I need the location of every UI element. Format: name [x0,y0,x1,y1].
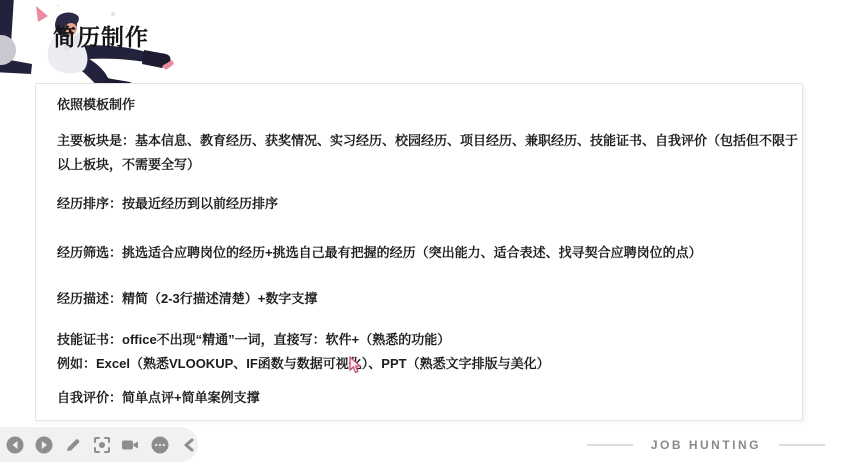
slide-paragraph-skills: 技能证书：office不出现“精通”一词，直接写：软件+（熟悉的功能） 例如：E… [57,328,799,376]
slide-paragraph-description: 经历描述：精简（2-3行描述清楚）+数字支撑 [57,287,799,311]
presentation-stage: 简历制作 依照模板制作 主要板块是：基本信息、教育经历、获奖情况、实习经历、校园… [0,0,855,462]
brand-rule-left [587,444,633,446]
slide-paragraph-template: 依照模板制作 [57,93,799,117]
camera-button[interactable] [121,434,140,456]
media-toolbar [0,427,198,462]
slide-paragraph-sections: 主要板块是：基本信息、教育经历、获奖情况、实习经历、校园经历、项目经历、兼职经历… [57,129,799,177]
play-icon [35,436,53,454]
page-title: 简历制作 [53,19,149,52]
mouse-cursor [349,356,362,374]
collapse-toolbar-button[interactable] [179,434,198,456]
pencil-icon [64,436,82,454]
collapse-icon [183,438,195,452]
camera-icon [121,436,140,454]
brand-text: JOB HUNTING [651,438,761,452]
previous-button[interactable] [6,434,25,456]
play-button[interactable] [35,434,54,456]
laser-focus-icon [93,436,111,454]
slide-paragraph-filtering: 经历筛选：挑选适合应聘岗位的经历+挑选自己最有把握的经历（突出能力、适合表述、找… [57,241,799,265]
previous-icon [6,436,24,454]
slide-paragraph-selfreview: 自我评价：简单点评+简单案例支撑 [57,386,799,410]
annotate-button[interactable] [64,434,83,456]
brand-rule-right [779,444,825,446]
laser-focus-button[interactable] [92,434,111,456]
more-icon [151,436,169,454]
slide-paragraph-ordering: 经历排序：按最近经历到以前经历排序 [57,192,799,216]
footer-brand: JOB HUNTING [587,438,825,452]
slide-card: 依照模板制作 主要板块是：基本信息、教育经历、获奖情况、实习经历、校园经历、项目… [35,83,803,421]
more-options-button[interactable] [150,434,169,456]
